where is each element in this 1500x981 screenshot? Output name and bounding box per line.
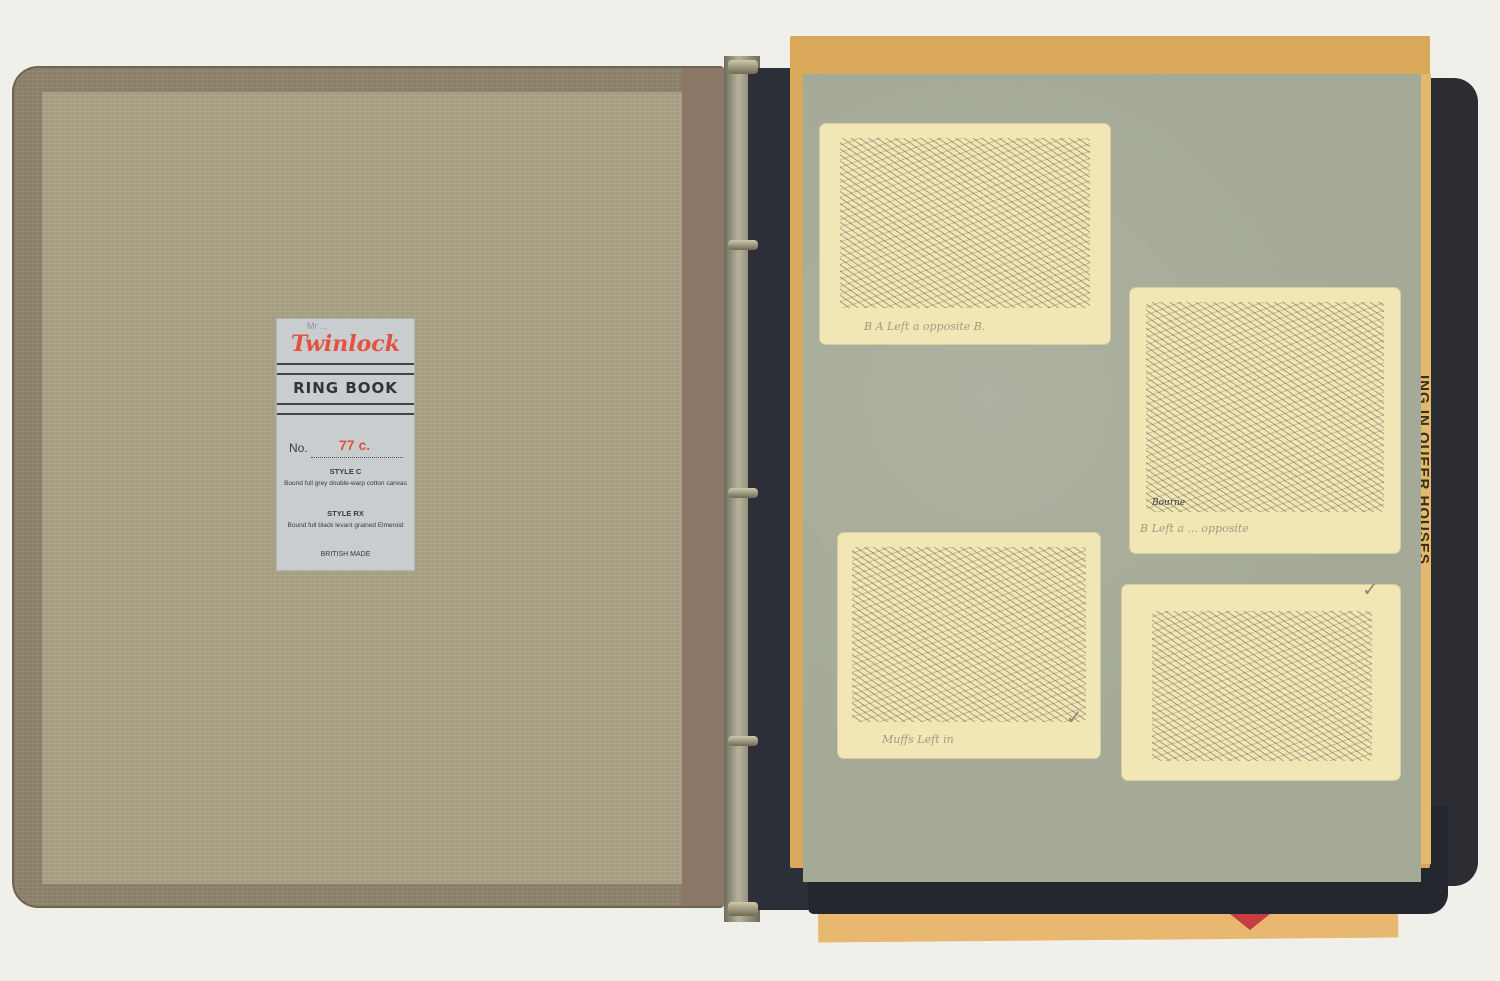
style-rx-text: Bound full black levant grained Elmeroid: [281, 521, 410, 530]
drawing-card-pig-wall: B A Left a opposite B.: [820, 124, 1110, 344]
ring-bottom: [728, 902, 758, 916]
brand-name: Twinlock: [277, 331, 414, 357]
style-c-text: Bound full grey double-warp cotton canva…: [281, 479, 410, 488]
twinlock-label: Mr ... Twinlock RING BOOK No. 77 c. STYL…: [277, 319, 414, 570]
label-rule-top: [277, 363, 414, 375]
number-line: [311, 457, 403, 458]
caption-1: B A Left a opposite B.: [864, 320, 985, 333]
artist-signature: Bourne: [1152, 498, 1185, 508]
caption-3: Muffs Left in: [882, 733, 954, 746]
drawing-three-pigs: [1146, 302, 1384, 512]
owner-inscription: Mr ...: [307, 321, 328, 331]
ring-2: [728, 488, 758, 498]
label-rule-bottom: [277, 403, 414, 415]
drawing-fireplace: [1152, 611, 1372, 761]
caption-2: B Left a ... opposite: [1140, 522, 1249, 535]
drawing-pig-wall: [840, 138, 1090, 308]
style-c-heading: STYLE C: [277, 467, 414, 476]
product-name: RING BOOK: [277, 379, 414, 397]
drawing-card-fireplace: ✓: [1122, 585, 1400, 780]
drawing-pony-trap: [852, 547, 1086, 722]
check-mark: ✓: [1066, 705, 1083, 730]
style-rx-heading: STYLE RX: [277, 509, 414, 518]
number-value: 77 c.: [339, 437, 370, 453]
cover-hinge-strip: [682, 68, 724, 906]
drawing-card-three-pigs: Bourne B Left a ... opposite: [1130, 288, 1400, 553]
ring-top: [728, 60, 758, 74]
origin-text: BRITISH MADE: [281, 550, 410, 559]
drawing-card-pony-trap: Muffs Left in ✓: [838, 533, 1100, 758]
ring-3: [728, 736, 758, 746]
ring-1: [728, 240, 758, 250]
number-prefix: No.: [289, 441, 308, 455]
check-mark-2: ✓: [1362, 577, 1379, 602]
